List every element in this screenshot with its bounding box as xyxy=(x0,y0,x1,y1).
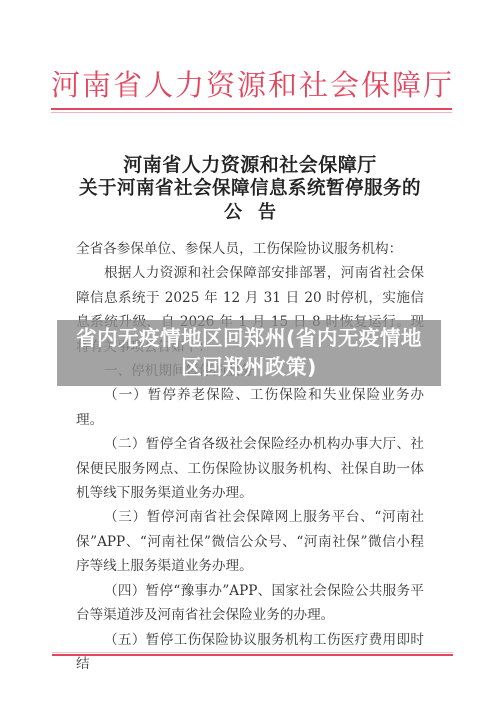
letterhead-org-name: 河南省人力资源和社会保障厅 xyxy=(51,66,452,104)
letterhead-rule-thin xyxy=(51,112,452,113)
footer-rule-thin xyxy=(52,652,453,653)
list-item: （三）暂停河南省社会保障网上服务平台、“河南社保”APP、“河南社保”微信公众号… xyxy=(76,505,424,578)
caption-overlay-text: 省内无疫情地区回郑州(省内无疫情地区回郑州政策) xyxy=(69,324,429,382)
list-item: （一）暂停养老保险、工伤保险和失业保险业务办理。 xyxy=(76,383,424,432)
document-body: 全省各参保单位、参保人员，工伤保险协议服务机构： 根据人力资源和社会保障部安排部… xyxy=(76,237,424,676)
list-item: （二）暂停全省各级社会保险经办机构办事大厅、社保便民服务网点、工伤保险协议服务机… xyxy=(76,432,424,505)
letterhead-rule xyxy=(51,108,452,110)
footer-rule xyxy=(52,654,453,656)
document-title-line-1: 河南省人力资源和社会保障厅 xyxy=(0,153,500,177)
list-item: （四）暂停“豫事办”APP、国家社会保险公共服务平台等渠道涉及河南省社会保险业务… xyxy=(76,579,424,628)
caption-overlay: 省内无疫情地区回郑州(省内无疫情地区回郑州政策) xyxy=(57,320,441,386)
salutation: 全省各参保单位、参保人员，工伤保险协议服务机构： xyxy=(76,237,424,261)
document-title-line-2: 关于河南省社会保障信息系统暂停服务的 xyxy=(0,177,500,201)
document-title-line-3: 公告 xyxy=(0,201,500,225)
